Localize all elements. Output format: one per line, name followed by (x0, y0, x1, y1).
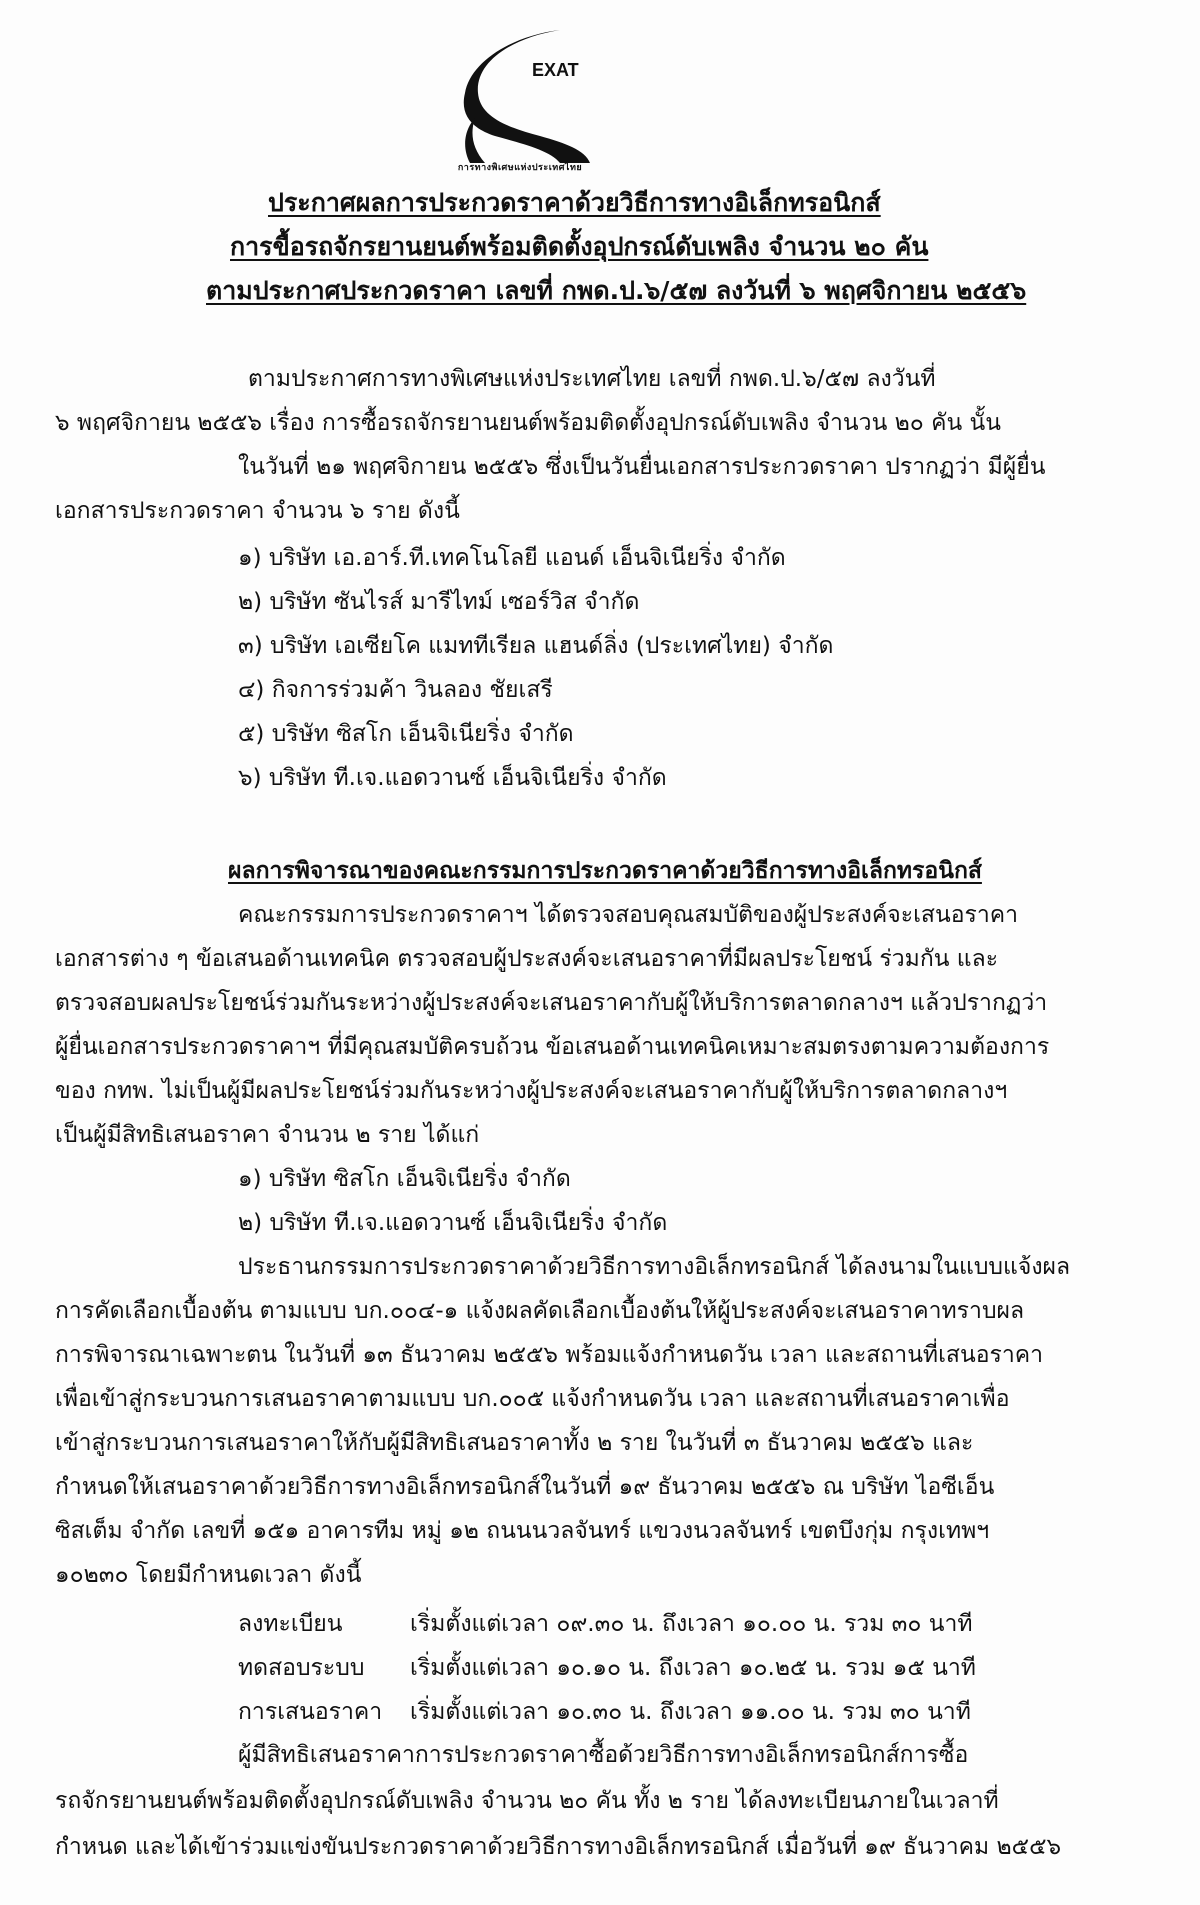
intro-line: ตามประกาศการทางพิเศษแห่งประเทศไทย เลขที่… (248, 364, 936, 394)
chair-line: เข้าสู่กระบวนการเสนอราคาให้กับผู้มีสิทธิ… (55, 1428, 973, 1458)
schedule-detail: เริ่มตั้งแต่เวลา ๑๐.๓๐ น. ถึงเวลา ๑๑.๐๐ … (410, 1694, 971, 1730)
closing-line: กำหนด และได้เข้าร่วมแข่งขันประกวดราคาด้ว… (55, 1832, 1061, 1862)
results-line: ตรวจสอบผลประโยชน์ร่วมกันระหว่างผู้ประสงค… (55, 988, 1047, 1018)
document-page: EXAT การทางพิเศษแห่งประเทศไทย ประกาศผลกา… (0, 0, 1200, 1905)
bidder-item: ๓) บริษัท เอเซียโค แมททีเรียล แฮนด์ลิ่ง … (238, 631, 833, 661)
bidder-item: ๒) บริษัท ซันไรส์ มารีไทม์ เซอร์วิส จำกั… (238, 587, 639, 617)
intro-line: ๖ พฤศจิกายน ๒๕๕๖ เรื่อง การซื้อรถจักรยาน… (55, 408, 1001, 438)
results-heading: ผลการพิจารณาของคณะกรรมการประกวดราคาด้วยว… (228, 856, 982, 886)
bidder-item: ๔) กิจการร่วมค้า วินลอง ชัยเสรี (238, 675, 553, 705)
intro-line: ในวันที่ ๒๑ พฤศจิกายน ๒๕๕๖ ซึ่งเป็นวันยื… (238, 452, 1045, 482)
svg-text:EXAT: EXAT (532, 60, 579, 80)
results-line: คณะกรรมการประกวดราคาฯ ได้ตรวจสอบคุณสมบัต… (238, 900, 1018, 930)
chair-line: ประธานกรรมการประกวดราคาด้วยวิธีการทางอิเ… (238, 1252, 1070, 1282)
schedule-detail: เริ่มตั้งแต่เวลา ๑๐.๑๐ น. ถึงเวลา ๑๐.๒๕ … (410, 1650, 976, 1686)
bidder-item: ๖) บริษัท ที.เจ.แอดวานซ์ เอ็นจิเนียริ่ง … (238, 763, 667, 793)
closing-line: รถจักรยานยนต์พร้อมติดตั้งอุปกรณ์ดับเพลิง… (55, 1786, 999, 1816)
title-line-2: การขื้อรถจักรยานยนต์พร้อมติดตั้งอุปกรณ์ด… (230, 232, 928, 262)
chair-line: กำหนดให้เสนอราคาด้วยวิธีการทางอิเล็กทรอน… (55, 1472, 994, 1502)
results-line: เอกสารต่าง ๆ ข้อเสนอด้านเทคนิค ตรวจสอบผู… (55, 944, 998, 974)
road-logo-icon: EXAT (440, 18, 600, 170)
results-line: ผู้ยื่นเอกสารประกวดราคาฯ ที่มีคุณสมบัติค… (55, 1032, 1049, 1062)
schedule-label: ทดสอบระบบ (238, 1650, 364, 1686)
title-line-1: ประกาศผลการประกวดราคาด้วยวิธีการทางอิเล็… (268, 188, 881, 218)
schedule-detail: เริ่มตั้งแต่เวลา ๐๙.๓๐ น. ถึงเวลา ๑๐.๐๐ … (410, 1606, 973, 1642)
intro-line: เอกสารประกวดราคา จำนวน ๖ ราย ดังนี้ (55, 496, 460, 526)
chair-line: การพิจารณาเฉพาะตน ในวันที่ ๑๓ ธันวาคม ๒๕… (55, 1340, 1043, 1370)
qualified-item: ๑) บริษัท ซิสโก เอ็นจิเนียริ่ง จำกัด (238, 1164, 571, 1194)
chair-line: ซิสเต็ม จำกัด เลขที่ ๑๕๑ อาคารทีม หมู่ ๑… (55, 1516, 989, 1546)
chair-line: เพื่อเข้าสู่กระบวนการเสนอราคาตามแบบ บก.๐… (55, 1384, 1010, 1414)
schedule-label: ลงทะเบียน (238, 1606, 343, 1642)
logo-caption: การทางพิเศษแห่งประเทศไทย (440, 160, 600, 174)
chair-line: การคัดเลือกเบื้องต้น ตามแบบ บก.๐๐๔-๑ แจ้… (55, 1296, 1024, 1326)
qualified-item: ๒) บริษัท ที.เจ.แอดวานซ์ เอ็นจิเนียริ่ง … (238, 1208, 667, 1238)
chair-line: ๑๐๒๓๐ โดยมีกำหนดเวลา ดังนี้ (55, 1560, 361, 1590)
exat-logo: EXAT การทางพิเศษแห่งประเทศไทย (440, 18, 600, 170)
bidder-item: ๑) บริษัท เอ.อาร์.ที.เทคโนโลยี แอนด์ เอ็… (238, 543, 786, 573)
closing-line: ผู้มีสิทธิเสนอราคาการประกวดราคาซื้อด้วยว… (238, 1740, 968, 1770)
schedule-label: การเสนอราคา (238, 1694, 382, 1730)
title-line-3: ตามประกาศประกวดราคา เลขที่ กพด.ป.๖/๕๗ ลง… (206, 276, 1026, 306)
results-line: เป็นผู้มีสิทธิเสนอราคา จำนวน ๒ ราย ได้แก… (55, 1120, 479, 1150)
bidder-item: ๕) บริษัท ซิสโก เอ็นจิเนียริ่ง จำกัด (238, 719, 574, 749)
results-line: ของ กทพ. ไม่เป็นผู้มีผลประโยชน์ร่วมกันระ… (55, 1076, 1007, 1106)
